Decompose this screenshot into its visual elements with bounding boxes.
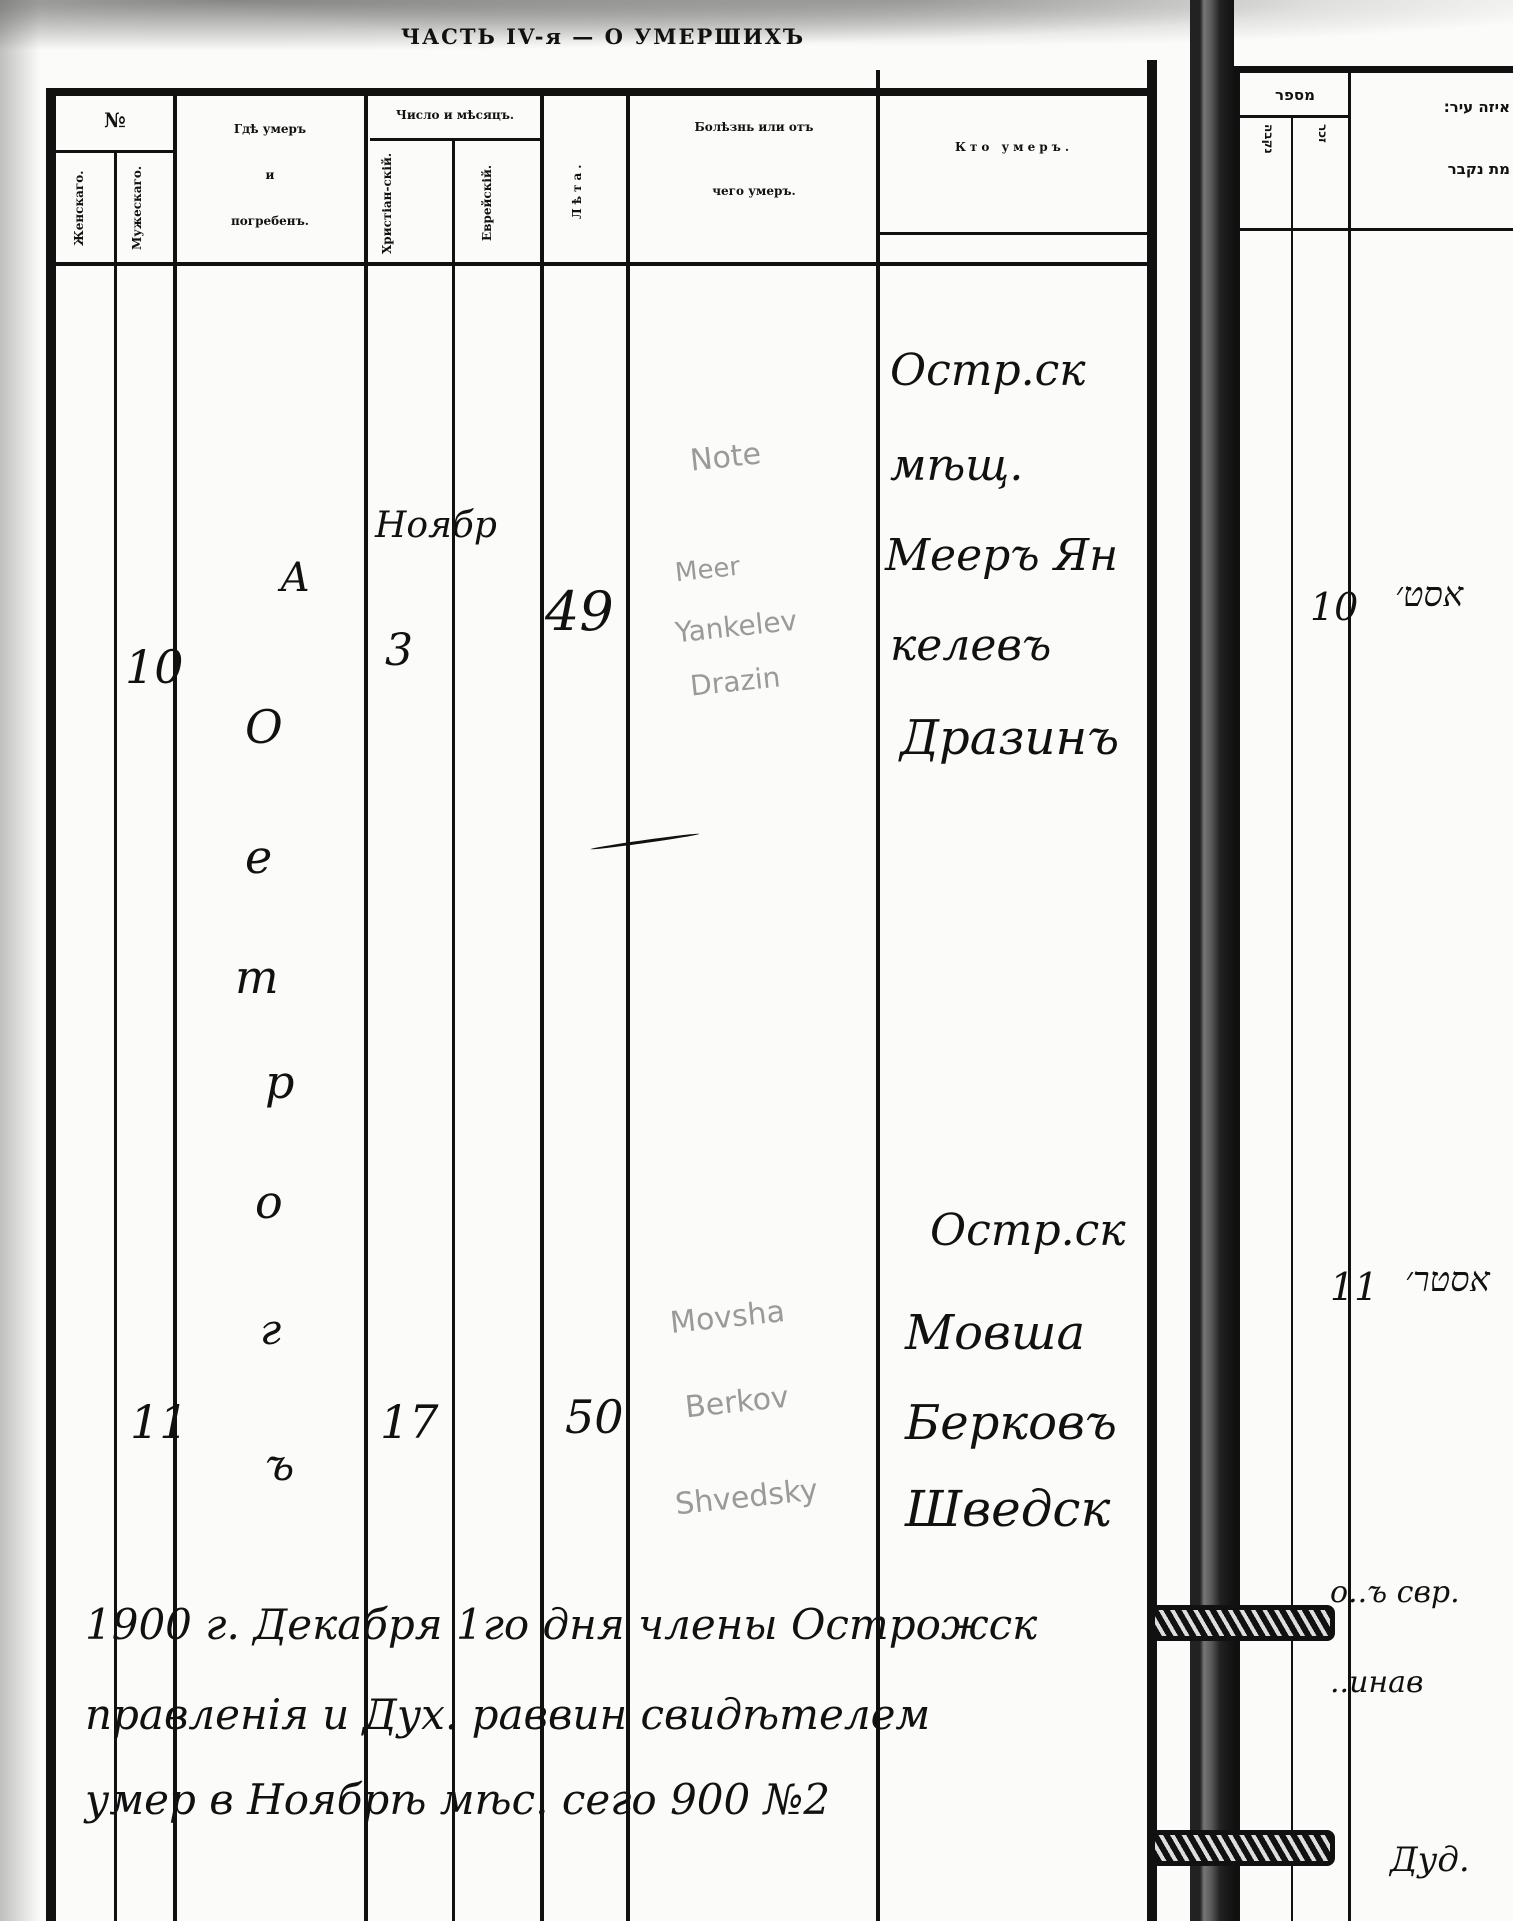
scan-noise-left bbox=[0, 0, 40, 1921]
entry-10-age: 49 bbox=[545, 580, 614, 643]
header-who-died: Кто умеръ. bbox=[884, 140, 1144, 154]
header-cause-1: Болѣзнь или отъ bbox=[634, 120, 874, 134]
entry-11-day: 17 bbox=[380, 1395, 439, 1449]
place-letter: р bbox=[265, 1055, 294, 1109]
footer-right-2: ..инав bbox=[1330, 1665, 1424, 1700]
place-letter: т bbox=[235, 950, 279, 1004]
entry-10-pencil-3: Yankelev bbox=[674, 604, 799, 650]
footer-line-1: 1900 г. Декабря 1го дня члены Острожск bbox=[85, 1600, 1037, 1649]
table-right-border bbox=[1147, 60, 1157, 1921]
binder-ring-top bbox=[1150, 1605, 1335, 1641]
footer-line-2: правленія и Дух. раввин свидѣтелем bbox=[85, 1690, 930, 1739]
hebrew-entry-11-no: 11 bbox=[1330, 1265, 1378, 1309]
header-number: № bbox=[60, 108, 170, 132]
entry-10-day: 3 bbox=[385, 625, 413, 676]
table-top-border bbox=[52, 88, 1152, 96]
entry-10-male-no: 10 bbox=[125, 640, 184, 694]
entry-10-pencil-1: Note bbox=[688, 436, 762, 478]
entry-10-month: Ноябр bbox=[375, 505, 497, 546]
header-where-died-3: погребенъ. bbox=[180, 214, 360, 228]
hebrew-header-female: נקבה bbox=[1256, 124, 1276, 154]
place-letter: А bbox=[280, 555, 310, 601]
hebrew-header-male: זכר bbox=[1310, 124, 1330, 143]
table-left-border bbox=[46, 88, 56, 1921]
header-male: Мужескаго. bbox=[130, 160, 154, 256]
header-age: Лѣта. bbox=[570, 140, 600, 240]
hebrew-col-sep-2 bbox=[1348, 72, 1351, 1921]
entry-10-pencil-2: Meer bbox=[674, 552, 742, 589]
entry-10-who-3: Мееръ Ян bbox=[885, 530, 1118, 581]
entry-10-pencil-4: Drazin bbox=[689, 660, 782, 702]
place-letter: ъ bbox=[265, 1440, 294, 1491]
header-cause-2: чего умеръ. bbox=[634, 184, 874, 198]
header-where-died-1: Гдѣ умеръ bbox=[180, 122, 360, 136]
entry-11-pencil-3: Shvedsky bbox=[674, 1473, 820, 1523]
hebrew-header-city: איזה עיר: bbox=[1360, 98, 1510, 116]
place-letter: е bbox=[245, 830, 272, 884]
entry-11-age: 50 bbox=[565, 1390, 624, 1444]
hebrew-entry-10-no: 10 bbox=[1310, 585, 1358, 629]
entry-10-who-4: келевъ bbox=[890, 620, 1051, 671]
header-jewish: Еврейскій. bbox=[480, 150, 510, 256]
page-title: ЧАСТЬ IV-я — О УМЕРШИХЪ bbox=[378, 24, 828, 49]
col-sep-4 bbox=[452, 138, 455, 1921]
place-letter: О bbox=[245, 700, 283, 754]
entry-10-who-1: Остр.ск bbox=[890, 345, 1086, 396]
entry-10-who-5: Дразинъ bbox=[900, 710, 1119, 766]
footer-right-1: о..ъ свр. bbox=[1330, 1575, 1460, 1610]
entry-11-who-4: Шведск bbox=[905, 1480, 1110, 1538]
header-where-died-2: и bbox=[180, 168, 360, 182]
hebrew-entry-10-place: אסט׳ bbox=[1395, 575, 1463, 615]
date-subdivider bbox=[370, 138, 540, 141]
hebrew-entry-11-place: אסטר׳ bbox=[1405, 1260, 1490, 1300]
who-died-subdivider bbox=[880, 232, 1150, 235]
hebrew-subdivider bbox=[1240, 115, 1350, 118]
binder-ring-bottom bbox=[1150, 1830, 1335, 1866]
place-letter: о bbox=[255, 1175, 283, 1229]
hebrew-col-sep-1 bbox=[1291, 116, 1293, 1921]
header-female: Женскаго. bbox=[72, 160, 96, 256]
hebrew-header-number: מספר bbox=[1250, 86, 1340, 104]
header-christian: Христіан-скій. bbox=[380, 150, 420, 256]
entry-11-who-2: Мовша bbox=[905, 1305, 1085, 1361]
hebrew-header-buried: מת נקבר bbox=[1360, 160, 1510, 178]
header-date-group: Число и мѣсяцъ. bbox=[370, 108, 540, 122]
place-letter: г bbox=[260, 1305, 281, 1354]
entry-11-male-no: 11 bbox=[130, 1395, 189, 1449]
entry-11-pencil-2: Berkov bbox=[683, 1380, 790, 1426]
col-sep-1 bbox=[114, 150, 117, 1921]
hebrew-top-border bbox=[1232, 66, 1513, 73]
entry-11-who-3: Берковъ bbox=[905, 1395, 1117, 1451]
entry-11-who-1: Остр.ск bbox=[930, 1205, 1126, 1256]
entry-11-pencil-1: Movsha bbox=[668, 1294, 786, 1341]
entry-10-dash bbox=[590, 832, 699, 850]
footer-line-3: умер в Ноябрѣ мѣс. сего 900 №2 bbox=[85, 1775, 830, 1824]
header-divider bbox=[56, 262, 1148, 266]
entry-10-who-2: мѣщ. bbox=[890, 440, 1023, 491]
footer-right-3: Дуд. bbox=[1390, 1840, 1470, 1880]
hebrew-header-divider bbox=[1240, 228, 1513, 231]
